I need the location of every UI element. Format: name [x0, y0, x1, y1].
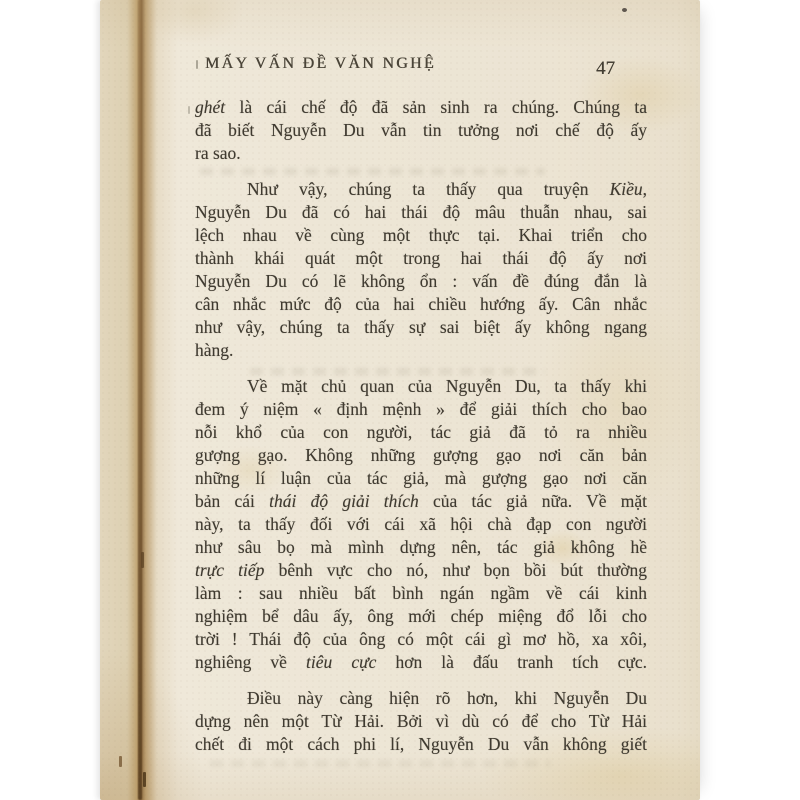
show-through-text	[210, 760, 550, 767]
text-line: chết đi một cách phi lí, Nguyễn Du vẫn k…	[195, 733, 647, 756]
text-line: nghiêng về tiêu cực hơn là đấu tranh tíc…	[195, 651, 647, 674]
text-line: lệch nhau về cùng một thực tại. Khai tri…	[195, 224, 647, 247]
italic-text: Kiều	[610, 179, 643, 199]
text-line: ra sao.	[195, 142, 647, 165]
running-title: MẤY VẤN ĐỀ VĂN NGHỆ	[205, 55, 436, 73]
text-line: cân nhắc mức độ của hai chiều hướng ấy. …	[195, 293, 647, 316]
text-line: Điều này càng hiện rõ hơn, khi Nguyễn Du	[195, 687, 647, 710]
crease-mark	[143, 772, 146, 787]
text-line: đã biết Nguyễn Du vẫn tin tưởng nơi chế …	[195, 119, 647, 142]
text-line: trời ! Thái độ của ông có một cái gì mơ …	[195, 628, 647, 651]
text-line: dựng nên một Từ Hải. Bởi vì dù có để cho…	[195, 710, 647, 733]
text-line: trực tiếp bênh vực cho nó, như bọn bồi b…	[195, 559, 647, 582]
text-line: nghiệm bể dâu ấy, ông mới chép miệng đổ …	[195, 605, 647, 628]
scan-artifact	[188, 106, 190, 114]
text-line: Nguyễn Du đã có hai thái độ mâu thuẫn nh…	[195, 201, 647, 224]
text-line: thành khái quát một trong hai thái độ ấy…	[195, 247, 647, 270]
italic-text: ghét	[195, 97, 225, 117]
italic-text: trực tiếp	[195, 560, 264, 580]
text-line: như vậy, chúng ta thấy sự sai biệt ấy kh…	[195, 316, 647, 339]
scan-artifact	[196, 60, 198, 69]
text-line: ghét là cái chế độ đã sản sinh ra chúng.…	[195, 96, 647, 119]
italic-text: thái độ giải thích	[269, 491, 419, 511]
page-body: ghét là cái chế độ đã sản sinh ra chúng.…	[195, 96, 647, 756]
text-line: gượng gạo. Không những gượng gạo nơi căn…	[195, 444, 647, 467]
crease-mark	[119, 756, 122, 767]
text-line: Nguyễn Du có lẽ không ổn : vấn đề đúng đ…	[195, 270, 647, 293]
italic-text: tiêu cực	[306, 652, 376, 672]
paragraph: Điều này càng hiện rõ hơn, khi Nguyễn Du…	[195, 687, 647, 756]
text-line: nỗi khổ của con người, tác giả đã tỏ ra …	[195, 421, 647, 444]
ink-speck	[622, 8, 627, 12]
text-line: như sâu bọ mà mình dựng nên, tác giả khô…	[195, 536, 647, 559]
text-line: bản cái thái độ giải thích của tác giả n…	[195, 490, 647, 513]
text-line: hàng.	[195, 339, 647, 362]
text-line: đem ý niệm « định mệnh » để giải thích c…	[195, 398, 647, 421]
paragraph: ghét là cái chế độ đã sản sinh ra chúng.…	[195, 96, 647, 165]
paragraph: Như vậy, chúng ta thấy qua truyện Kiều,N…	[195, 178, 647, 362]
text-line: Như vậy, chúng ta thấy qua truyện Kiều,	[195, 178, 647, 201]
paragraph: Về mặt chủ quan của Nguyễn Du, ta thấy k…	[195, 375, 647, 674]
page-number: 47	[596, 58, 615, 80]
crease-mark	[141, 552, 144, 568]
text-line: những lí luận của tác giả, mà gượng gạo …	[195, 467, 647, 490]
spine-crease	[138, 0, 142, 800]
text-line: Về mặt chủ quan của Nguyễn Du, ta thấy k…	[195, 375, 647, 398]
text-line: làm : sau nhiều bất bình ngán ngầm về cá…	[195, 582, 647, 605]
book-page: MẤY VẤN ĐỀ VĂN NGHỆ 47 ghét là cái chế đ…	[100, 0, 700, 800]
book-photo: MẤY VẤN ĐỀ VĂN NGHỆ 47 ghét là cái chế đ…	[0, 0, 800, 800]
text-line: này, ta thấy đối với cái xã hội chà đạp …	[195, 513, 647, 536]
